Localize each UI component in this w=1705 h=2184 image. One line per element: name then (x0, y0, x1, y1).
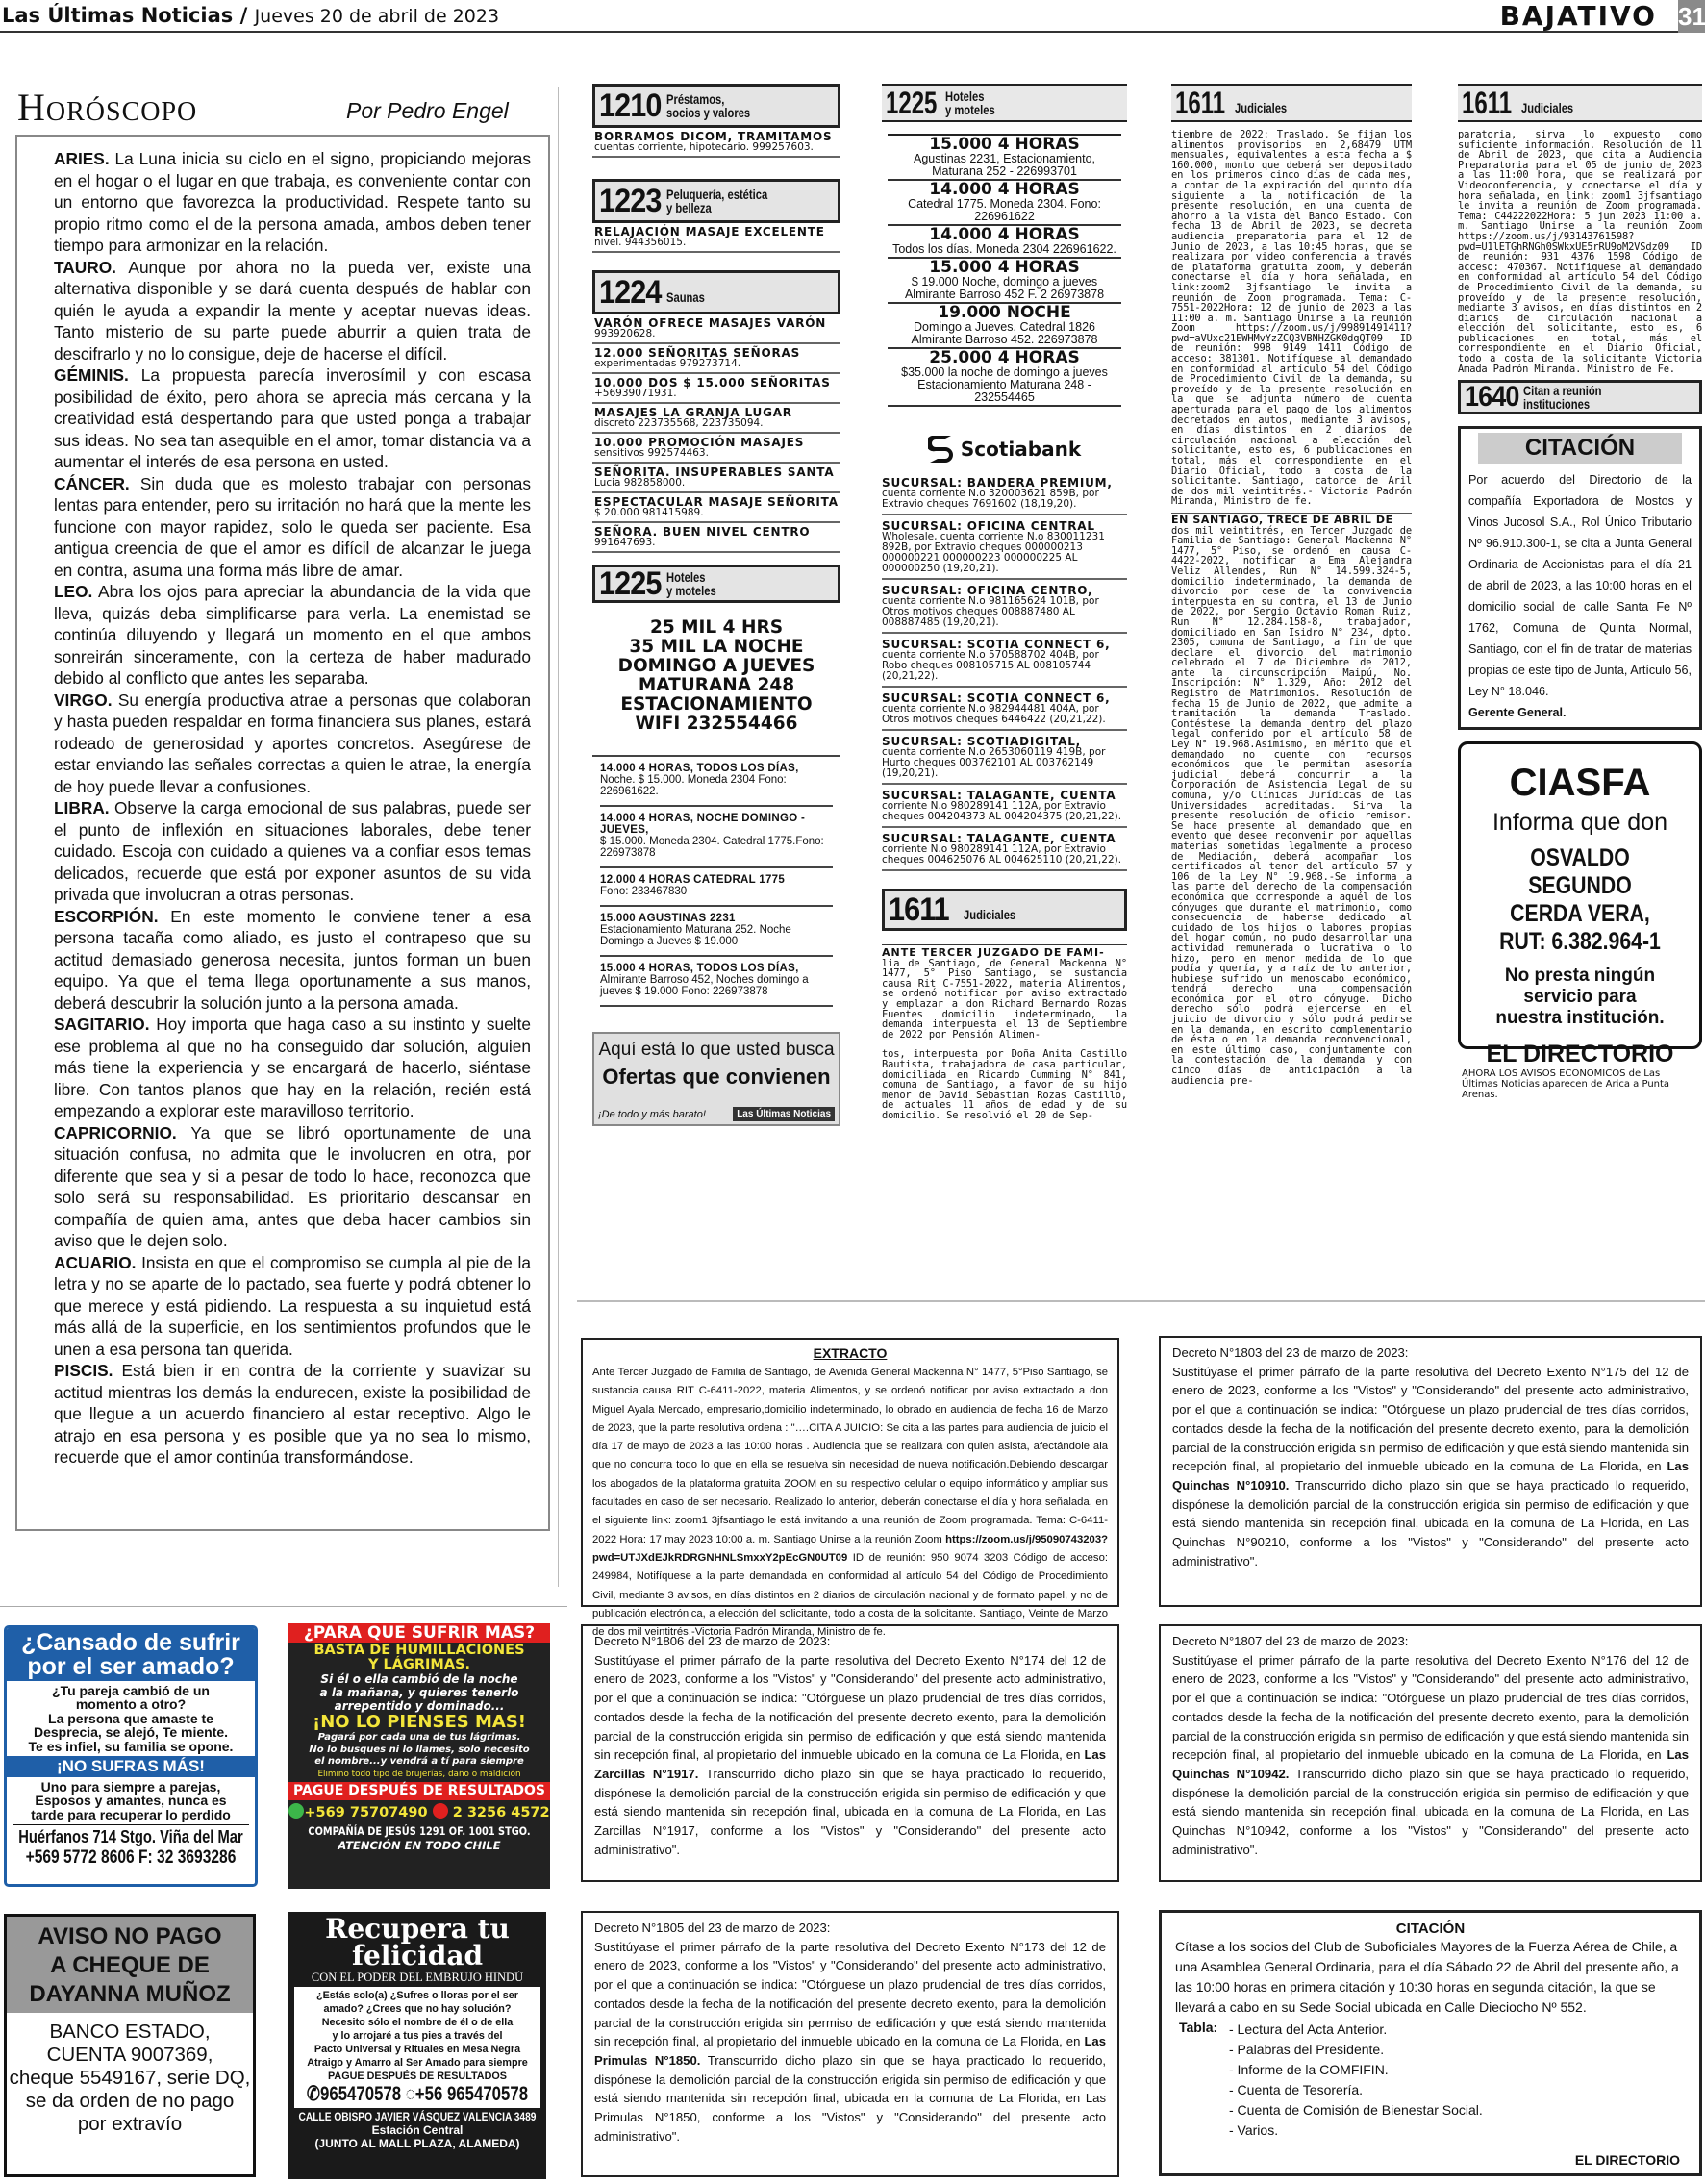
text: WIFI 232554466 (592, 715, 840, 734)
text: Te es infiel, su familia se opone. (7, 1740, 255, 1753)
promo-line-2: Ofertas que convienen (594, 1065, 839, 1090)
extracto-text: Ante Tercer Juzgado de Familia de Santia… (592, 1364, 1108, 1642)
text: No lo busques ni lo llames, solo necesit… (288, 1745, 550, 1757)
category-number: 1210 (599, 88, 661, 125)
agenda-item: - Informe de la COMFIFIN. (1229, 2060, 1483, 2080)
ciasfa-notice: CIASFA Informa que don OSVALDO SEGUNDO C… (1458, 741, 1702, 1049)
text: corriente N.o 980289141 112A, por Extrav… (882, 844, 1127, 866)
text: SAGITARIO. (54, 1015, 150, 1034)
classified-ad: SEÑORA. BUEN NIVEL CENTRO991647693. (592, 523, 840, 553)
text: 14.000 4 HORAS, NOCHE DOMINGO - JUEVES, (600, 813, 833, 836)
text: experimentadas 979273714. (594, 359, 840, 369)
text: 12.000 4 HORAS CATEDRAL 1775 (600, 874, 833, 886)
text: Todos los días. Moneda 2304 226961622. (888, 243, 1121, 256)
section-divider (577, 1300, 1705, 1302)
text: VIRGO. (54, 690, 113, 710)
text: +569 75707490 (304, 1805, 427, 1820)
text: discreto 223735568, 223735094. (594, 418, 840, 429)
bank-logo: Scotiabank (882, 434, 1127, 464)
horoscope-sign: TAURO. Aunque por ahora no la pueda ver,… (54, 257, 531, 365)
horoscope-sign: GÉMINIS. La propuesta parecía inverosími… (54, 364, 531, 473)
category-label: Préstamos,socios y valores (666, 92, 750, 119)
text: Elimino todo tipo de brujerías, daño o m… (288, 1769, 550, 1780)
ciasfa-message: servicio para (1461, 987, 1699, 1008)
footer-note: AHORA LOS AVISOS ECONOMICOS de Las Últim… (1458, 1068, 1702, 1100)
decreto-title: Decreto N°1803 del 23 de marzo de 2023: (1172, 1343, 1689, 1363)
text: 25 MIL 4 HRS (592, 618, 840, 638)
ciasfa-name: OSVALDO SEGUNDO (1479, 844, 1682, 900)
text: $ 20.000 981415989. (594, 508, 840, 518)
text: Wholesale, cuenta corriente N.o 83001123… (882, 532, 1127, 574)
text: CAPRICORNIO. (54, 1123, 177, 1142)
text: TAURO. (54, 258, 116, 277)
text: y belleza (666, 200, 712, 215)
agenda-item: - Cuenta de Comisión de Bienestar Social… (1229, 2100, 1483, 2121)
citacion-title: CITACIÓN (1175, 1920, 1686, 1937)
hotel-feature-ad: 25 MIL 4 HRS35 MIL LA NOCHEDOMINGO A JUE… (592, 603, 840, 755)
horoscope-title: Horóscopo (17, 85, 197, 130)
text: ESTACIONAMIENTO (592, 695, 840, 715)
classified-ad: 10.000 DOS $ 15.000 SEÑORITAS+5693907193… (592, 374, 840, 404)
horoscope-sign: ACUARIO. Insista en que el compromiso se… (54, 1252, 531, 1361)
hotel-ad: 15.000 4 HORAS$ 19.000 Noche, domingo a … (888, 259, 1121, 304)
whatsapp-icon (288, 1803, 304, 1819)
judicial-notice: ANTE TERCER JUZGADO DE FAMI- lia de Sant… (882, 944, 1127, 1121)
text: La persona que amaste te (7, 1712, 255, 1725)
text: $ 19.000 Noche, domingo a jueves Almiran… (888, 276, 1121, 301)
ciasfa-signature: EL DIRECTORIO (1461, 1041, 1699, 1068)
text: y moteles (945, 102, 995, 117)
category-label: Citan a reunióninstituciones (1523, 384, 1602, 411)
text: Ante Tercer Juzgado de Familia de Santia… (592, 1367, 1108, 1545)
decreto-notice: Decreto N°1803 del 23 de marzo de 2023:S… (1159, 1336, 1702, 1607)
bank-ad: SUCURSAL: BANDERA PREMIUM,cuenta corrien… (882, 472, 1127, 515)
text: momento a otro? (7, 1697, 255, 1711)
extracto-notice: EXTRACTO Ante Tercer Juzgado de Familia … (581, 1338, 1119, 1607)
horoscope-sign: LIBRA. Observe la carga emocional de sus… (54, 797, 531, 906)
bank-name: Scotiabank (961, 438, 1081, 461)
judicial-column-1: 1611 Judiciales tiembre de 2022: Traslad… (1171, 84, 1412, 1086)
text: a la mañana, y quieres tenerlo (288, 1686, 550, 1699)
agenda-item: - Palabras del Presidente. (1229, 2040, 1483, 2060)
text: amado? ¿Crees que no hay solución? (294, 2002, 540, 2016)
bank-ad: SUCURSAL: SCOTIA CONNECT 6,cuenta corrie… (882, 688, 1127, 731)
text: Estación Central (294, 2123, 540, 2137)
category-header-1611: 1611 Judiciales (1171, 84, 1412, 122)
text: cuenta corriente N.o 570588702 404B, por… (882, 650, 1127, 682)
text: COMPAÑÍA DE JESÚS 1291 OF. 1001 STGO. (291, 1823, 546, 1839)
bank-ad: SUCURSAL: OFICINA CENTRO,cuenta corrient… (882, 580, 1127, 634)
classified-ad: 14.000 4 HORAS, TODOS LOS DÍAS,Noche. $ … (600, 757, 833, 807)
text: ¡NO SUFRAS MÁS! (7, 1756, 255, 1777)
citacion-club: CITACIÓN Cítase a los socios del Club de… (1159, 1910, 1702, 2176)
classified-ad: SEÑORITA. INSUPERABLES SANTALucia 982858… (592, 464, 840, 493)
text: Huérfanos 714 Stgo. Viña del Mar (13, 1827, 248, 1847)
text: 14.000 4 HORAS (888, 227, 1121, 243)
category-label: Hotelesy moteles (945, 89, 995, 116)
text: DAYANNA MUÑOZ (7, 1980, 253, 2009)
text: Agustinas 2231, Estacionamiento, Maturan… (888, 153, 1121, 178)
text: 2 3256 4572 (453, 1805, 550, 1820)
category-number: 1223 (599, 183, 661, 220)
text: cheque 5549167, serie DQ, (7, 2067, 253, 2090)
bank-ad: SUCURSAL: SCOTIA CONNECT 6,cuenta corrie… (882, 634, 1127, 688)
text: A CHEQUE DE (7, 1951, 253, 1980)
ad-aviso-no-pago: AVISO NO PAGOA CHEQUE DEDAYANNA MUÑOZ BA… (4, 1914, 256, 2177)
text: MATURANA 248 (592, 676, 840, 695)
category-label: Judiciales (964, 908, 1015, 921)
phone-icon: ✆ (307, 2083, 320, 2105)
text: 993920628. (594, 329, 840, 339)
horoscope-author: Por Pedro Engel (346, 98, 509, 124)
text: se da orden de no pago (7, 2090, 253, 2113)
agenda-item: - Cuenta de Tesorería. (1229, 2080, 1483, 2100)
text: Uno para siempre a parejas, (13, 1780, 249, 1794)
text: 15.000 4 HORAS (888, 137, 1121, 153)
text: cuenta corriente N.o 320003621 859B, por… (882, 489, 1127, 510)
text: sensitivos 992574463. (594, 448, 840, 459)
text: por extravío (7, 2113, 253, 2136)
decreto-notice: Decreto N°1805 del 23 de marzo de 2023:S… (581, 1911, 1119, 2177)
category-header-1210: 1210 Préstamos,socios y valores (592, 84, 840, 128)
bank-ad: SUCURSAL: TALAGANTE, CUENTAcorriente N.o… (882, 785, 1127, 828)
notice-text: tiembre de 2022: Traslado. Se fijan los … (1171, 130, 1412, 507)
text: ¡NO LO PIENSES MAS! (288, 1713, 550, 1732)
text: AVISO NO PAGO (7, 1922, 253, 1951)
citacion-jucosol: CITACIÓN Por acuerdo del Directorio de l… (1458, 426, 1702, 730)
text: GÉMINIS. (54, 365, 129, 385)
citacion-text: Por acuerdo del Directorio de la compañí… (1468, 469, 1692, 702)
classified-ad: VARÓN OFRECE MASAJES VARÓN993920628. (592, 314, 840, 344)
text: +569 5772 8606 F: 32 3693286 (12, 1847, 250, 1869)
text: CÁNCER. (54, 474, 130, 493)
promo-line-1: Aquí está lo que usted busca (594, 1040, 839, 1061)
classified-ad: ESPECTACULAR MASAJE SEÑORITA$ 20.000 981… (592, 493, 840, 523)
category-number: 1611 (889, 891, 949, 929)
text: LIBRA. (54, 798, 110, 817)
page-number: 31 (1678, 0, 1705, 33)
ciasfa-message: nuestra institución. (1461, 1008, 1699, 1029)
text: CALLE OBISPO JAVIER VÁSQUEZ VALENCIA 348… (296, 2110, 539, 2123)
citacion-text: Cítase a los socios del Club de Subofici… (1175, 1937, 1686, 2018)
text: cuentas corriente, hipotecario. 99925760… (594, 142, 840, 153)
text: el nombre...y vendrá a tí para siempre (288, 1756, 550, 1769)
text: Aunque por ahora no la pueda ver, existe… (54, 258, 531, 364)
tabla-label: Tabla: (1179, 2020, 1229, 2141)
bank-ad: SUCURSAL: TALAGANTE, CUENTAcorriente N.o… (882, 828, 1127, 871)
category-header-1224: 1224 Saunas (592, 270, 840, 314)
text: +56 965470578 (415, 2083, 528, 2105)
text: Su energía productiva atrae a personas q… (54, 690, 531, 796)
notice-text: tos, interpuesta por Doña Anita Castillo… (882, 1049, 1127, 1120)
text: y lo arrojaré a tus pies a través del (294, 2029, 540, 2043)
text: 35 MIL LA NOCHE (592, 638, 840, 657)
text: 14.000 4 HORAS (888, 182, 1121, 198)
category-number: 1640 (1465, 381, 1518, 414)
classifieds-column-2: 1225 Hotelesy moteles 15.000 4 HORASAgus… (882, 84, 1127, 1121)
publication-name: Las Últimas Noticias / Jueves 20 de abri… (2, 4, 499, 27)
notice-text: paratoria, sirva lo expuesto como sufici… (1458, 130, 1702, 374)
text: ESCORPIÓN. (54, 907, 159, 926)
column-divider (558, 87, 559, 1587)
agenda-item: - Lectura del Acta Anterior. (1229, 2020, 1483, 2040)
text: socios y valores (666, 105, 750, 120)
text: ¿Estás solo(a) ¿Sufres o lloras por el s… (294, 1989, 540, 2002)
hotel-ad: 15.000 4 HORASAgustinas 2231, Estacionam… (888, 136, 1121, 181)
category-header-1225: 1225 Hotelesy moteles (882, 84, 1127, 122)
decreto-notice: Decreto N°1806 del 23 de marzo de 2023:S… (581, 1624, 1119, 1882)
text: Desprecia, se alejó, Te miente. (7, 1725, 255, 1739)
category-number: 1224 (599, 274, 661, 312)
category-number: 1611 (1462, 86, 1507, 121)
text: Noche. $ 15.000. Moneda 2304 Fono: 22696… (600, 774, 833, 797)
text: 14.000 4 HORAS, TODOS LOS DÍAS, (600, 763, 833, 774)
text: cuenta corriente N.o 982944481 404A, por… (882, 704, 1127, 725)
ad-para-que-sufrir: ¿PARA QUE SUFRIR MAS? BASTA DE HUMILLACI… (288, 1623, 550, 1889)
page-header: Las Últimas Noticias / Jueves 20 de abri… (0, 0, 1705, 33)
category-number: 1611 (1175, 86, 1220, 121)
text: (JUNTO AL MALL PLAZA, ALAMEDA) (294, 2137, 540, 2150)
text: PISCIS. (54, 1361, 113, 1380)
category-label: Saunas (666, 290, 705, 304)
horoscope-sign: SAGITARIO. Hoy importa que haga caso a s… (54, 1014, 531, 1122)
text: 25.000 4 HORAS (888, 350, 1121, 366)
hotel-ad: 25.000 4 HORAS$35.000 la noche de doming… (888, 349, 1121, 407)
horoscope-sign: PISCIS. Está bien ir en contra de la cor… (54, 1360, 531, 1469)
decreto-title: Decreto N°1805 del 23 de marzo de 2023: (594, 1919, 1106, 1938)
text: 15.000 4 HORAS (888, 260, 1121, 276)
text: +56939071931. (594, 389, 840, 399)
notice-heading: ANTE TERCER JUZGADO DE FAMI- (882, 948, 1127, 959)
classified-ad: 10.000 PROMOCIÓN MASAJESsensitivos 99257… (592, 434, 840, 464)
section-title: BAJATIVO (1500, 0, 1657, 32)
category-header-1223: 1223 Peluquería, estéticay belleza (592, 179, 840, 223)
horoscope-sign: CAPRICORNIO. Ya que se libró oportunamen… (54, 1122, 531, 1252)
text: Sustitúyase el primer párrafo de la part… (594, 1653, 1106, 1763)
text: Observe la carga emocional de sus palabr… (54, 798, 531, 904)
ciasfa-name: CERDA VERA, (1479, 900, 1682, 928)
section-divider (0, 1606, 567, 1607)
text: Almirante Barroso 452, Noches domingo a … (600, 974, 833, 997)
category-number: 1225 (599, 565, 661, 603)
extracto-title: EXTRACTO (592, 1345, 1108, 1361)
classifieds-column-1: 1210 Préstamos,socios y valores BORRAMOS… (592, 84, 840, 1126)
text: y moteles (666, 583, 716, 598)
category-header-1611: 1611 Judiciales (882, 889, 1127, 931)
text: ¿Tu pareja cambió de un (7, 1684, 255, 1697)
decreto-title: Decreto N°1806 del 23 de marzo de 2023: (594, 1632, 1106, 1651)
classified-ad: MASAJES LA GRANJA LUGARdiscreto 22373556… (592, 404, 840, 434)
text: BASTA DE HUMILLACIONES (288, 1644, 550, 1658)
text: instituciones (1523, 396, 1590, 412)
text: 965470578 (320, 2083, 401, 2105)
text: ¿PARA QUE SUFRIR MAS? (288, 1623, 550, 1643)
text: CUENTA 9007369, (7, 2044, 253, 2067)
ciasfa-title: CIASFA (1461, 762, 1699, 805)
notice-text: dos mil veintitrés, en Tercer Juzgado de… (1171, 526, 1412, 1087)
horoscope-sign: LEO. Abra los ojos para apreciar la abun… (54, 581, 531, 690)
citacion-signature: Gerente General. (1468, 706, 1692, 719)
text: Estacionamiento Maturana 252. Noche Domi… (600, 924, 833, 947)
text: Está bien ir en contra de la corriente y… (54, 1361, 531, 1467)
category-label: Judiciales (1521, 101, 1573, 114)
category-header-1611: 1611 Judiciales (1458, 84, 1702, 122)
text: Las Últimas Noticias / (2, 4, 247, 27)
text: ATENCIÓN EN TODO CHILE (288, 1839, 550, 1852)
text: $35.000 la noche de domingo a jueves Est… (888, 366, 1121, 404)
text: Fono: 233467830 (600, 886, 833, 897)
text: $ 15.000. Moneda 2304. Catedral 1775.Fon… (600, 836, 833, 859)
text: Recupera tu (294, 1916, 540, 1943)
classified-ad: 14.000 4 HORAS, NOCHE DOMINGO - JUEVES,$… (600, 807, 833, 868)
text: Si él o ella cambió de la noche (288, 1672, 550, 1686)
text: cuenta corriente N.o 2653060119 419B, po… (882, 747, 1127, 779)
ciasfa-rut: RUT: 6.382.964-1 (1479, 928, 1682, 956)
classified-ad: RELAJACIÓN MASAJE EXCELENTEnivel. 944356… (592, 223, 840, 253)
text: ¿Cansado de sufrir (7, 1631, 255, 1655)
horoscope-sign: ESCORPIÓN. En este momento le conviene t… (54, 906, 531, 1015)
classified-ad: 15.000 AGUSTINAS 2231Estacionamiento Mat… (600, 907, 833, 957)
ad-recupera-felicidad: Recupera tu felicidad CON EL PODER DEL E… (288, 1912, 546, 2179)
text: arrepentido y dominado... (288, 1699, 550, 1713)
classified-ad: 12.000 4 HORAS CATEDRAL 1775Fono: 233467… (600, 868, 833, 907)
classified-ad: BORRAMOS DICOM, TRAMITAMOScuentas corrie… (592, 128, 840, 158)
category-label: Judiciales (1235, 101, 1287, 114)
text: LEO. (54, 582, 92, 601)
promo-box: Aquí está lo que usted busca Ofertas que… (592, 1032, 840, 1126)
text: por el ser amado? (7, 1655, 255, 1679)
text: Sustitúyase el primer párrafo de la part… (1172, 1653, 1689, 1763)
category-header-1225: 1225 Hotelesy moteles (592, 565, 840, 603)
promo-tagline: ¡De todo y más barato! (598, 1109, 706, 1120)
category-label: Peluquería, estéticay belleza (666, 188, 767, 214)
classified-ad: 15.000 4 HORAS, TODOS LOS DÍAS,Almirante… (600, 957, 833, 1007)
text: Atraigo y Amarro al Ser Amado para siemp… (294, 2056, 540, 2070)
text: CON EL PODER DEL EMBRUJO HINDÚ (294, 1970, 540, 1985)
agenda-item: - Varios. (1229, 2121, 1483, 2141)
publication-date: Jueves 20 de abril de 2023 (255, 6, 499, 27)
text: cuenta corriente N.o 981165624 101B, por… (882, 596, 1127, 628)
text: Pagará por cada una de tus lágrimas. (288, 1732, 550, 1745)
text: ACUARIO. (54, 1253, 136, 1272)
notice-heading: EN SANTIAGO, TRECE DE ABRIL DE (1171, 515, 1412, 526)
category-number: 1225 (886, 86, 931, 121)
category-label: Hotelesy moteles (666, 570, 716, 597)
hotel-ad: 14.000 4 HORASCatedral 1775. Moneda 2304… (888, 181, 1121, 226)
horoscope-sign: ARIES. La Luna inicia su ciclo en el sig… (54, 148, 531, 257)
notice-text: lia de Santiago, de General Mackenna N° … (882, 959, 1127, 1041)
text: Sustitúyase el primer párrafo de la part… (594, 1940, 1106, 2049)
text: BANCO ESTADO, (7, 2021, 253, 2044)
ciasfa-message: No presta ningún (1461, 966, 1699, 987)
citacion-signature: EL DIRECTORIO (1575, 2152, 1680, 2168)
text: ARIES. (54, 149, 110, 168)
horoscope-sign: CÁNCER. Sin duda que es molesto trabajar… (54, 473, 531, 582)
text: 15.000 4 HORAS, TODOS LOS DÍAS, (600, 963, 833, 974)
text: Esposos y amantes, nunca es (13, 1794, 249, 1807)
text: DOMINGO A JUEVES (592, 657, 840, 676)
horoscope-sign: VIRGO. Su energía productiva atrae a per… (54, 690, 531, 798)
text: Necesito sólo el nombre de él o de ella (294, 2016, 540, 2029)
text: 991647693. (594, 538, 840, 548)
text: Domingo a Jueves. Catedral 1826 Almirant… (888, 321, 1121, 346)
scotiabank-icon (928, 434, 953, 464)
text: Y LÁGRIMAS. (288, 1658, 550, 1672)
text: nivel. 944356015. (594, 238, 840, 248)
text: felicidad (294, 1943, 540, 1970)
horoscope-box: ARIES. La Luna inicia su ciclo en el sig… (15, 135, 550, 1531)
text: Pacto Universal y Rituales en Mesa Negra (294, 2043, 540, 2056)
decreto-notice: Decreto N°1807 del 23 de marzo de 2023:S… (1159, 1624, 1702, 1882)
text: 15.000 AGUSTINAS 2231 (600, 913, 833, 924)
ciasfa-line: Informa que don (1461, 809, 1699, 837)
whatsapp-icon: ◌ (406, 2083, 415, 2105)
text: corriente N.o 980289141 112A, por Extrav… (882, 801, 1127, 822)
promo-brand: Las Últimas Noticias (733, 1107, 835, 1121)
decreto-title: Decreto N°1807 del 23 de marzo de 2023: (1172, 1632, 1689, 1651)
text: La Luna inicia su ciclo en el signo, pro… (54, 149, 531, 255)
judicial-column-2: 1611 Judiciales paratoria, sirva lo expu… (1458, 84, 1702, 1100)
hotel-ad: 14.000 4 HORASTodos los días. Moneda 230… (888, 226, 1121, 259)
text: Catedral 1775. Moneda 2304. Fono: 226961… (888, 198, 1121, 223)
phone-icon (433, 1803, 448, 1819)
text: tarde para recuperar lo perdido (13, 1808, 249, 1821)
bank-ad: SUCURSAL: SCOTIADIGITAL,cuenta corriente… (882, 731, 1127, 785)
bank-ad: SUCURSAL: OFICINA CENTRALWholesale, cuen… (882, 515, 1127, 580)
classified-ad: 12.000 SEÑORITAS SEÑORASexperimentadas 9… (592, 344, 840, 374)
text: PAGUE DESPUÉS DE RESULTADOS (288, 1782, 550, 1800)
text: Lucia 982858000. (594, 478, 840, 489)
citacion-title: CITACIÓN (1478, 433, 1682, 464)
text: 19.000 NOCHE (888, 305, 1121, 321)
text: Sustitúyase el primer párrafo de la part… (1172, 1365, 1689, 1474)
text: PAGUE DESPUÉS DE RESULTADOS (294, 2070, 540, 2083)
ad-cansado: ¿Cansado de sufrirpor el ser amado? ¿Tu … (4, 1625, 258, 1887)
hotel-ad: 19.000 NOCHEDomingo a Jueves. Catedral 1… (888, 304, 1121, 349)
category-header-1640: 1640 Citan a reunióninstituciones (1458, 380, 1702, 414)
text: Abra los ojos para apreciar la abundanci… (54, 582, 531, 688)
